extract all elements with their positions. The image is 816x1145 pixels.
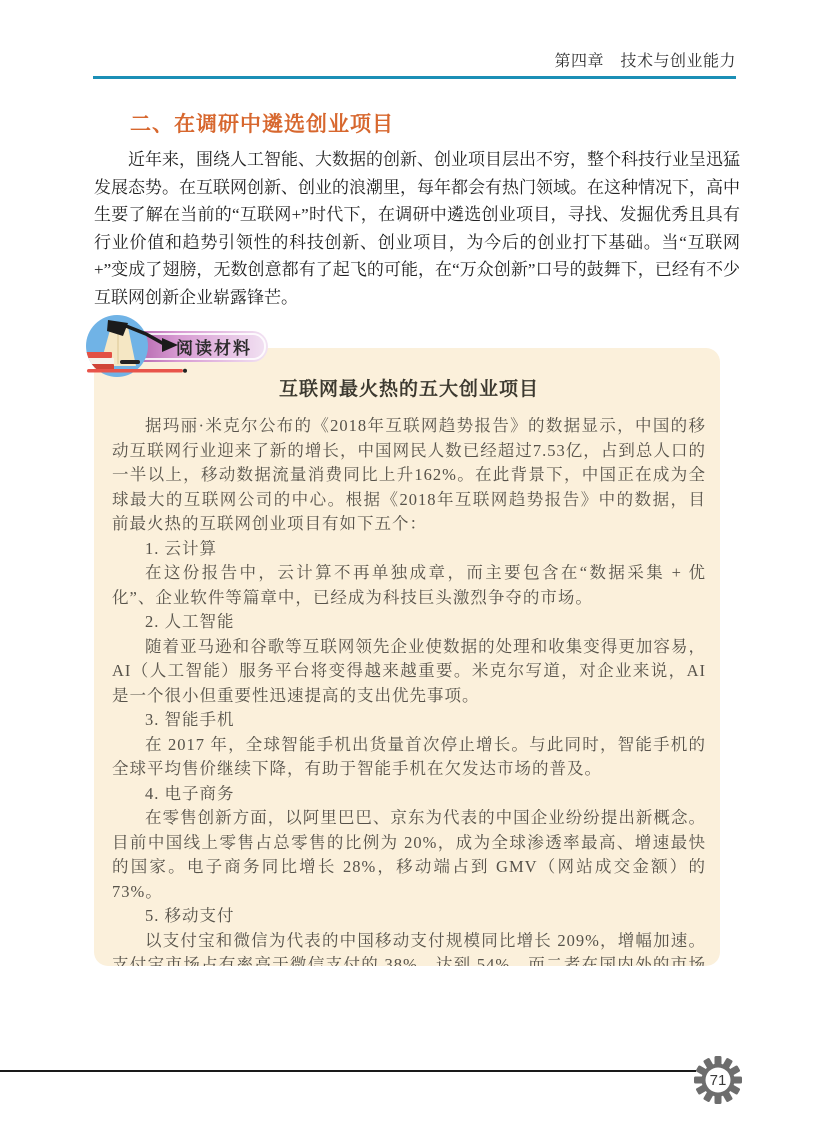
chapter-header: 第四章 技术与创业能力 xyxy=(554,51,736,73)
page-number: 71 xyxy=(694,1056,742,1104)
book-spine-middle xyxy=(88,358,114,364)
reading-material-box: 互联网最火热的五大创业项目 据玛丽·米克尔公布的《2018年互联网趋势报告》的数… xyxy=(94,348,720,966)
item-4-heading: 4. 电子商务 xyxy=(112,782,706,807)
lamp-base xyxy=(120,360,140,364)
item-2-body: 随着亚马逊和谷歌等互联网领先企业使数据的处理和收集变得更加容易，AI（人工智能）… xyxy=(112,635,706,709)
page-number-gear: 71 xyxy=(694,1056,742,1104)
reading-material-intro: 据玛丽·米克尔公布的《2018年互联网趋势报告》的数据显示，中国的移动互联网行业… xyxy=(112,414,706,537)
intro-paragraph: 近年来，围绕人工智能、大数据的创新、创业项目层出不穷，整个科技行业呈迅猛发展态势… xyxy=(94,146,740,311)
textbook-page: 第四章 技术与创业能力 二、在调研中遴选创业项目 近年来，围绕人工智能、大数据的… xyxy=(0,0,816,1145)
item-3-body: 在 2017 年，全球智能手机出货量首次停止增长。与此同时，智能手机的全球平均售… xyxy=(112,733,706,782)
item-4-body: 在零售创新方面，以阿里巴巴、京东为代表的中国企业纷纷提出新概念。目前中国线上零售… xyxy=(112,806,706,904)
book-spine-top xyxy=(86,352,112,358)
pencil-tip xyxy=(183,369,187,373)
section-title: 二、在调研中遴选创业项目 xyxy=(130,108,394,138)
reading-lamp-books-icon xyxy=(84,314,194,380)
item-2-heading: 2. 人工智能 xyxy=(112,610,706,635)
item-1-heading: 1. 云计算 xyxy=(112,537,706,562)
footer-rule xyxy=(0,1070,696,1072)
header-rule xyxy=(93,76,736,79)
item-5-body: 以支付宝和微信为代表的中国移动支付规模同比增长 209%，增幅加速。支付宝市场占… xyxy=(112,929,706,967)
item-3-heading: 3. 智能手机 xyxy=(112,708,706,733)
pencil xyxy=(87,369,183,373)
item-5-heading: 5. 移动支付 xyxy=(112,904,706,929)
reading-material-title: 互联网最火热的五大创业项目 xyxy=(112,374,706,401)
item-1-body: 在这份报告中，云计算不再单独成章，而主要包含在“数据采集 + 优化”、企业软件等… xyxy=(112,561,706,610)
lamp-arm-tip xyxy=(162,338,178,352)
